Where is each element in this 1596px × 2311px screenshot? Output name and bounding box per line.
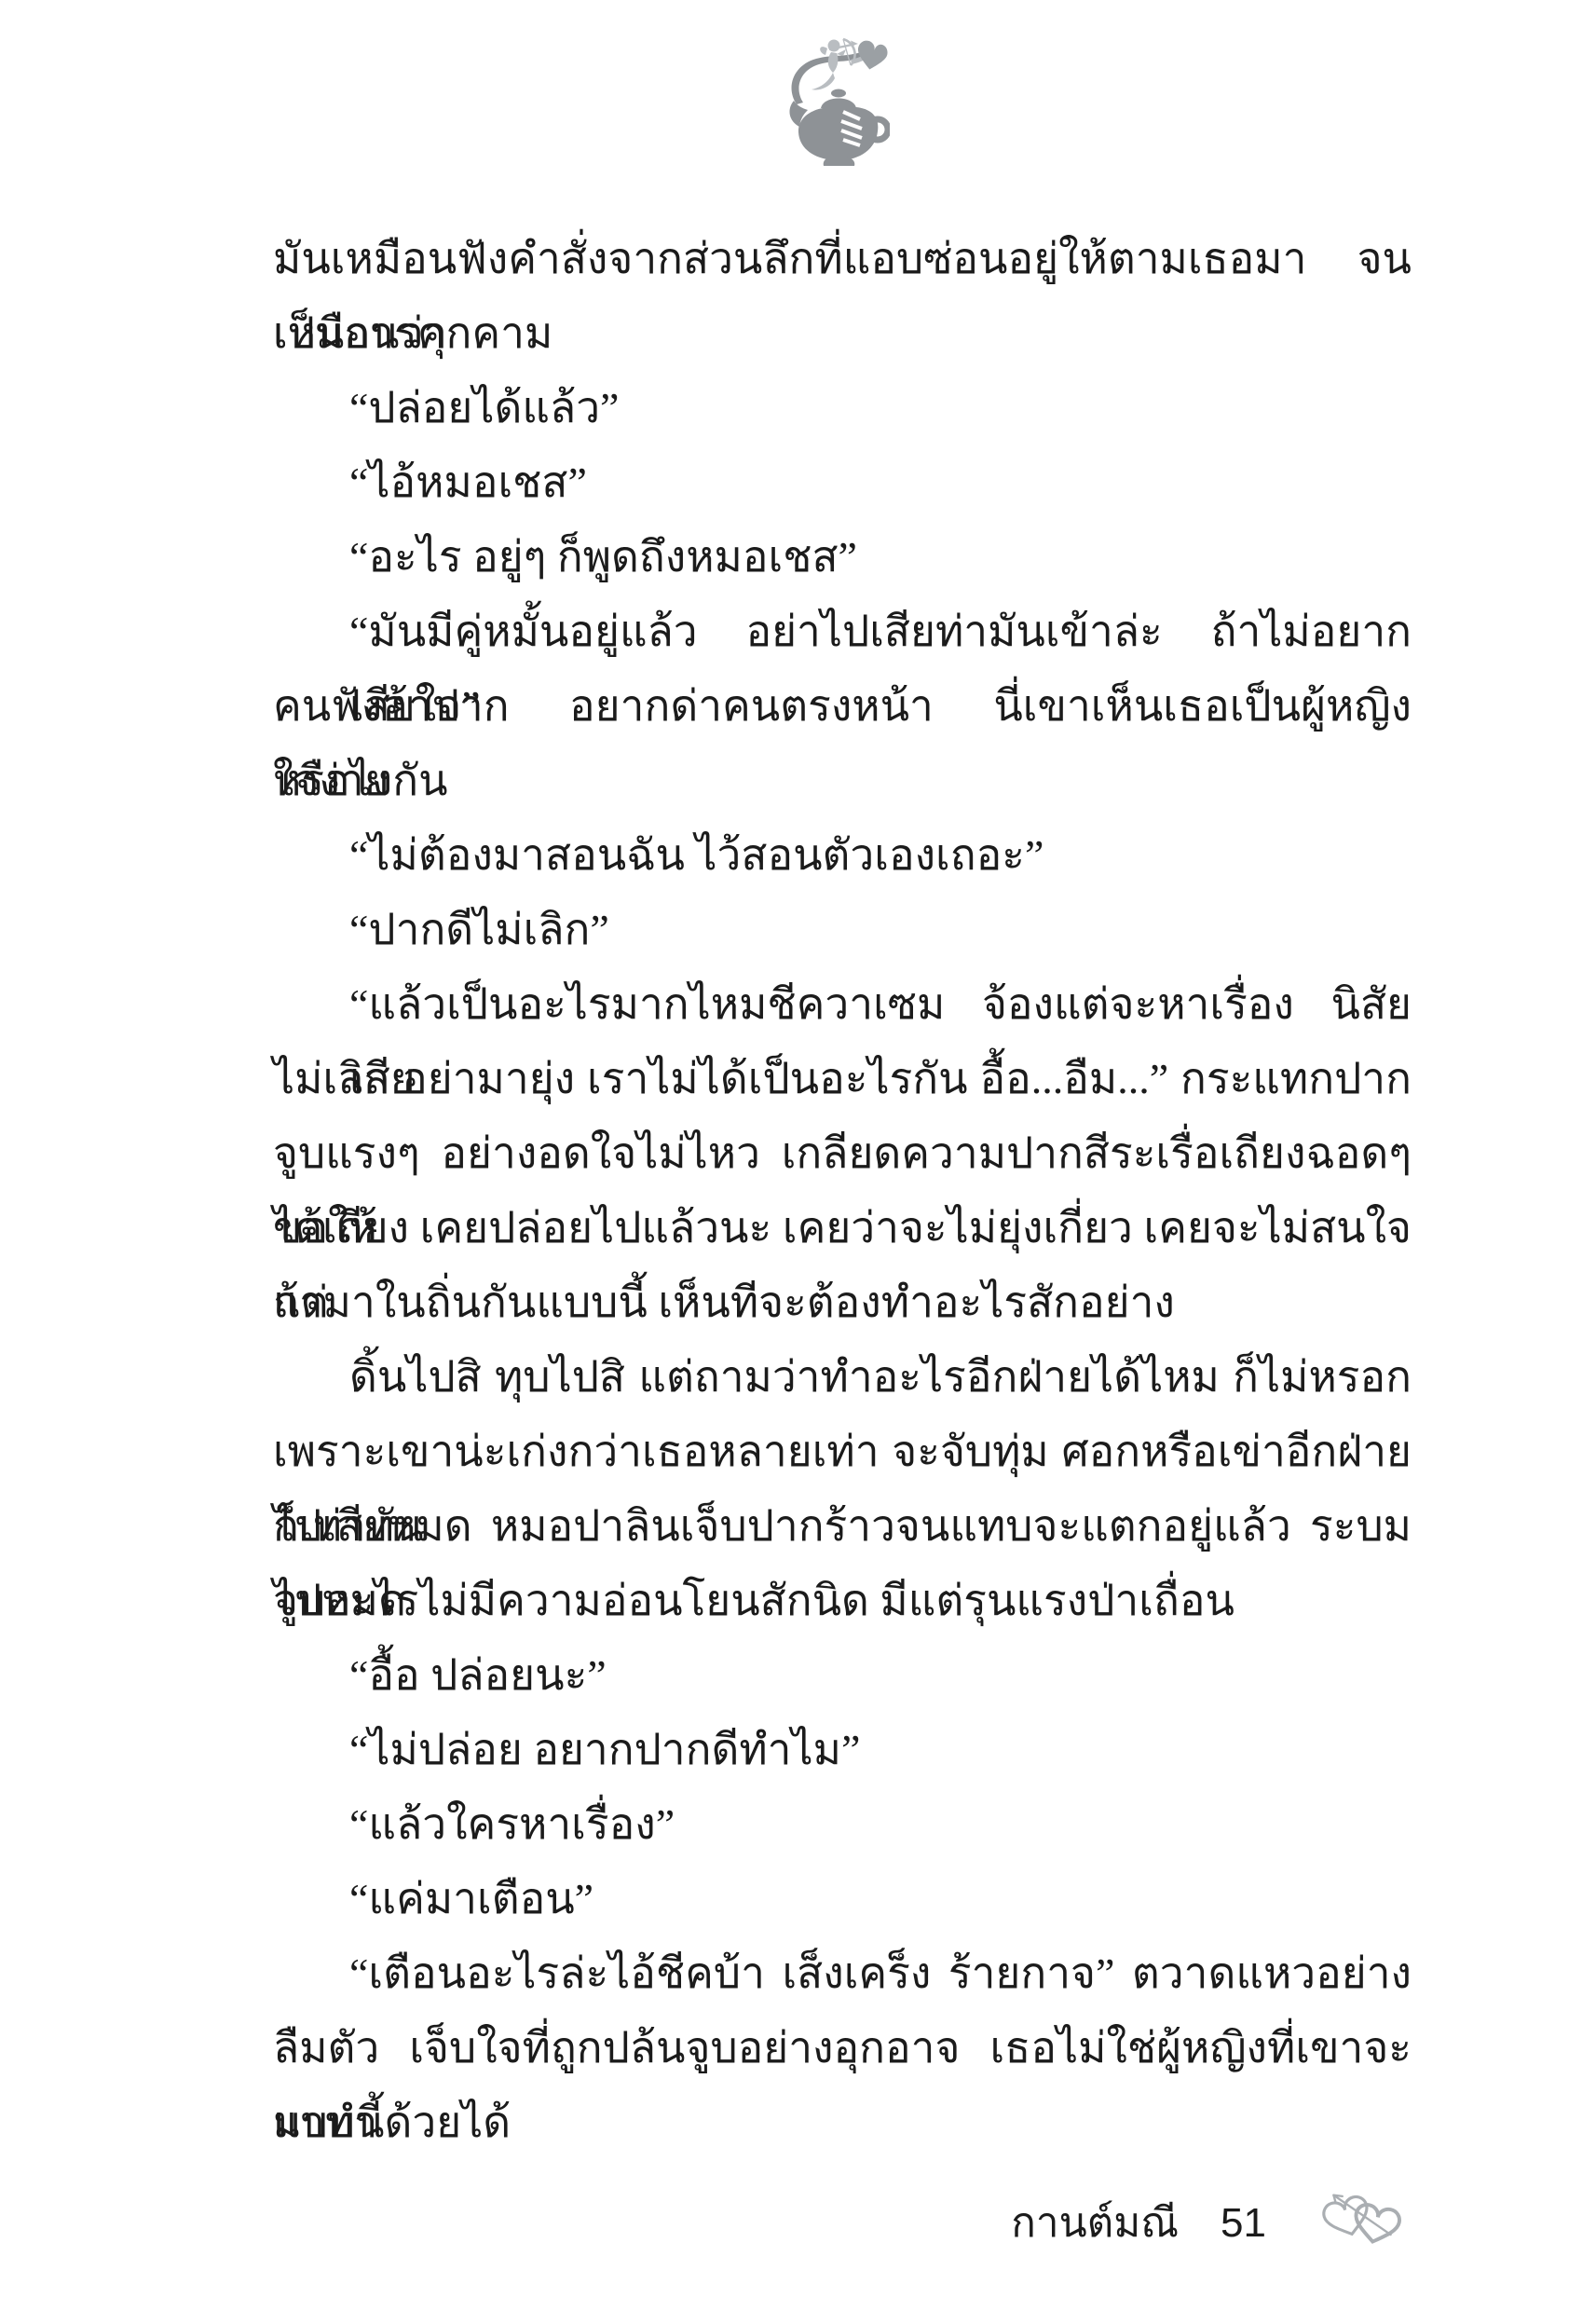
text-line: “อะไร อยู่ๆ ก็พูดถึงหมอเชส” (273, 520, 1412, 595)
text-line: จูบแรงๆ อย่างอดใจไม่ไหว เกลียดความปากสีร… (273, 1116, 1412, 1191)
footer-book-title: กานต์มณี (1011, 2179, 1179, 2267)
text-line: ดิ้นไปสิ ทุบไปสิ แต่ถามว่าทำอะไรอีกฝ่ายไ… (273, 1340, 1412, 1415)
text-line: ไม่เลิก อย่ามายุ่ง เราไม่ได้เป็นอะไรกัน … (273, 1042, 1412, 1116)
text-line: “เตือนอะไรล่ะไอ้ชีคบ้า เส็งเคร็ง ร้ายกาจ… (273, 1936, 1412, 2011)
text-line: “แล้วเป็นอะไรมากไหมชีควาเซม จ้องแต่จะหาเ… (273, 967, 1412, 1042)
text-line: จูบอะไรไม่มีความอ่อนโยนสักนิด มีแต่รุนแร… (273, 1564, 1412, 1638)
page-text: มันเหมือนฟังคำสั่งจากส่วนลึกที่แอบซ่อนอย… (273, 222, 1412, 2160)
text-line: “แล้วใครหาเรื่อง” (273, 1787, 1412, 1862)
footer-page-number: 51 (1221, 2179, 1266, 2267)
text-line: หรือไงกัน (273, 744, 1412, 818)
lamp-cupid-ornament-icon (785, 34, 890, 170)
text-line: “แค่มาเตือน” (273, 1862, 1412, 1936)
text-line: แบบนี้ด้วยได้ (273, 2085, 1412, 2160)
text-line: “มันมีคู่หมั้นอยู่แล้ว อย่าไปเสียท่ามันเ… (273, 595, 1412, 669)
hearts-arrow-icon (1315, 2179, 1410, 2267)
text-line: “ไม่ต้องมาสอนฉัน ไว้สอนตัวเองเถอะ” (273, 818, 1412, 893)
text-line: ลืมตัว เจ็บใจที่ถูกปล้นจูบอย่างอุกอาจ เธ… (273, 2011, 1412, 2085)
text-line: “ปากดีไม่เลิก” (273, 893, 1412, 967)
text-line: “ไม่ปล่อย อยากปากดีทำไม” (273, 1713, 1412, 1787)
page-footer: กานต์มณี 51 (1011, 2179, 1410, 2267)
text-line: ได้เถียง เคยปล่อยไปแล้วนะ เคยว่าจะไม่ยุ่… (273, 1191, 1412, 1265)
text-line: “ปล่อยได้แล้ว” (273, 371, 1412, 445)
text-line: “ไอ้หมอเชส” (273, 445, 1412, 520)
text-line: “อื้อ ปล่อยนะ” (273, 1638, 1412, 1713)
text-line: ถ้ามาในถิ่นกันแบบนี้ เห็นทีจะต้องทำอะไรส… (273, 1265, 1412, 1340)
book-page: มันเหมือนฟังคำสั่งจากส่วนลึกที่แอบซ่อนอย… (0, 0, 1596, 2311)
text-line: คนฟังอ้าปาก อยากด่าคนตรงหน้า นี่เขาเห็นเ… (273, 669, 1412, 744)
text-line: เป็นการคุกคาม (273, 296, 1412, 371)
text-line: ไปเสียหมด หมอปาลินเจ็บปากร้าวจนแทบจะแตกอ… (273, 1489, 1412, 1564)
text-line: เพราะเขาน่ะเก่งกว่าเธอหลายเท่า จะจับทุ่ม… (273, 1415, 1412, 1489)
text-line: มันเหมือนฟังคำสั่งจากส่วนลึกที่แอบซ่อนอย… (273, 222, 1412, 296)
